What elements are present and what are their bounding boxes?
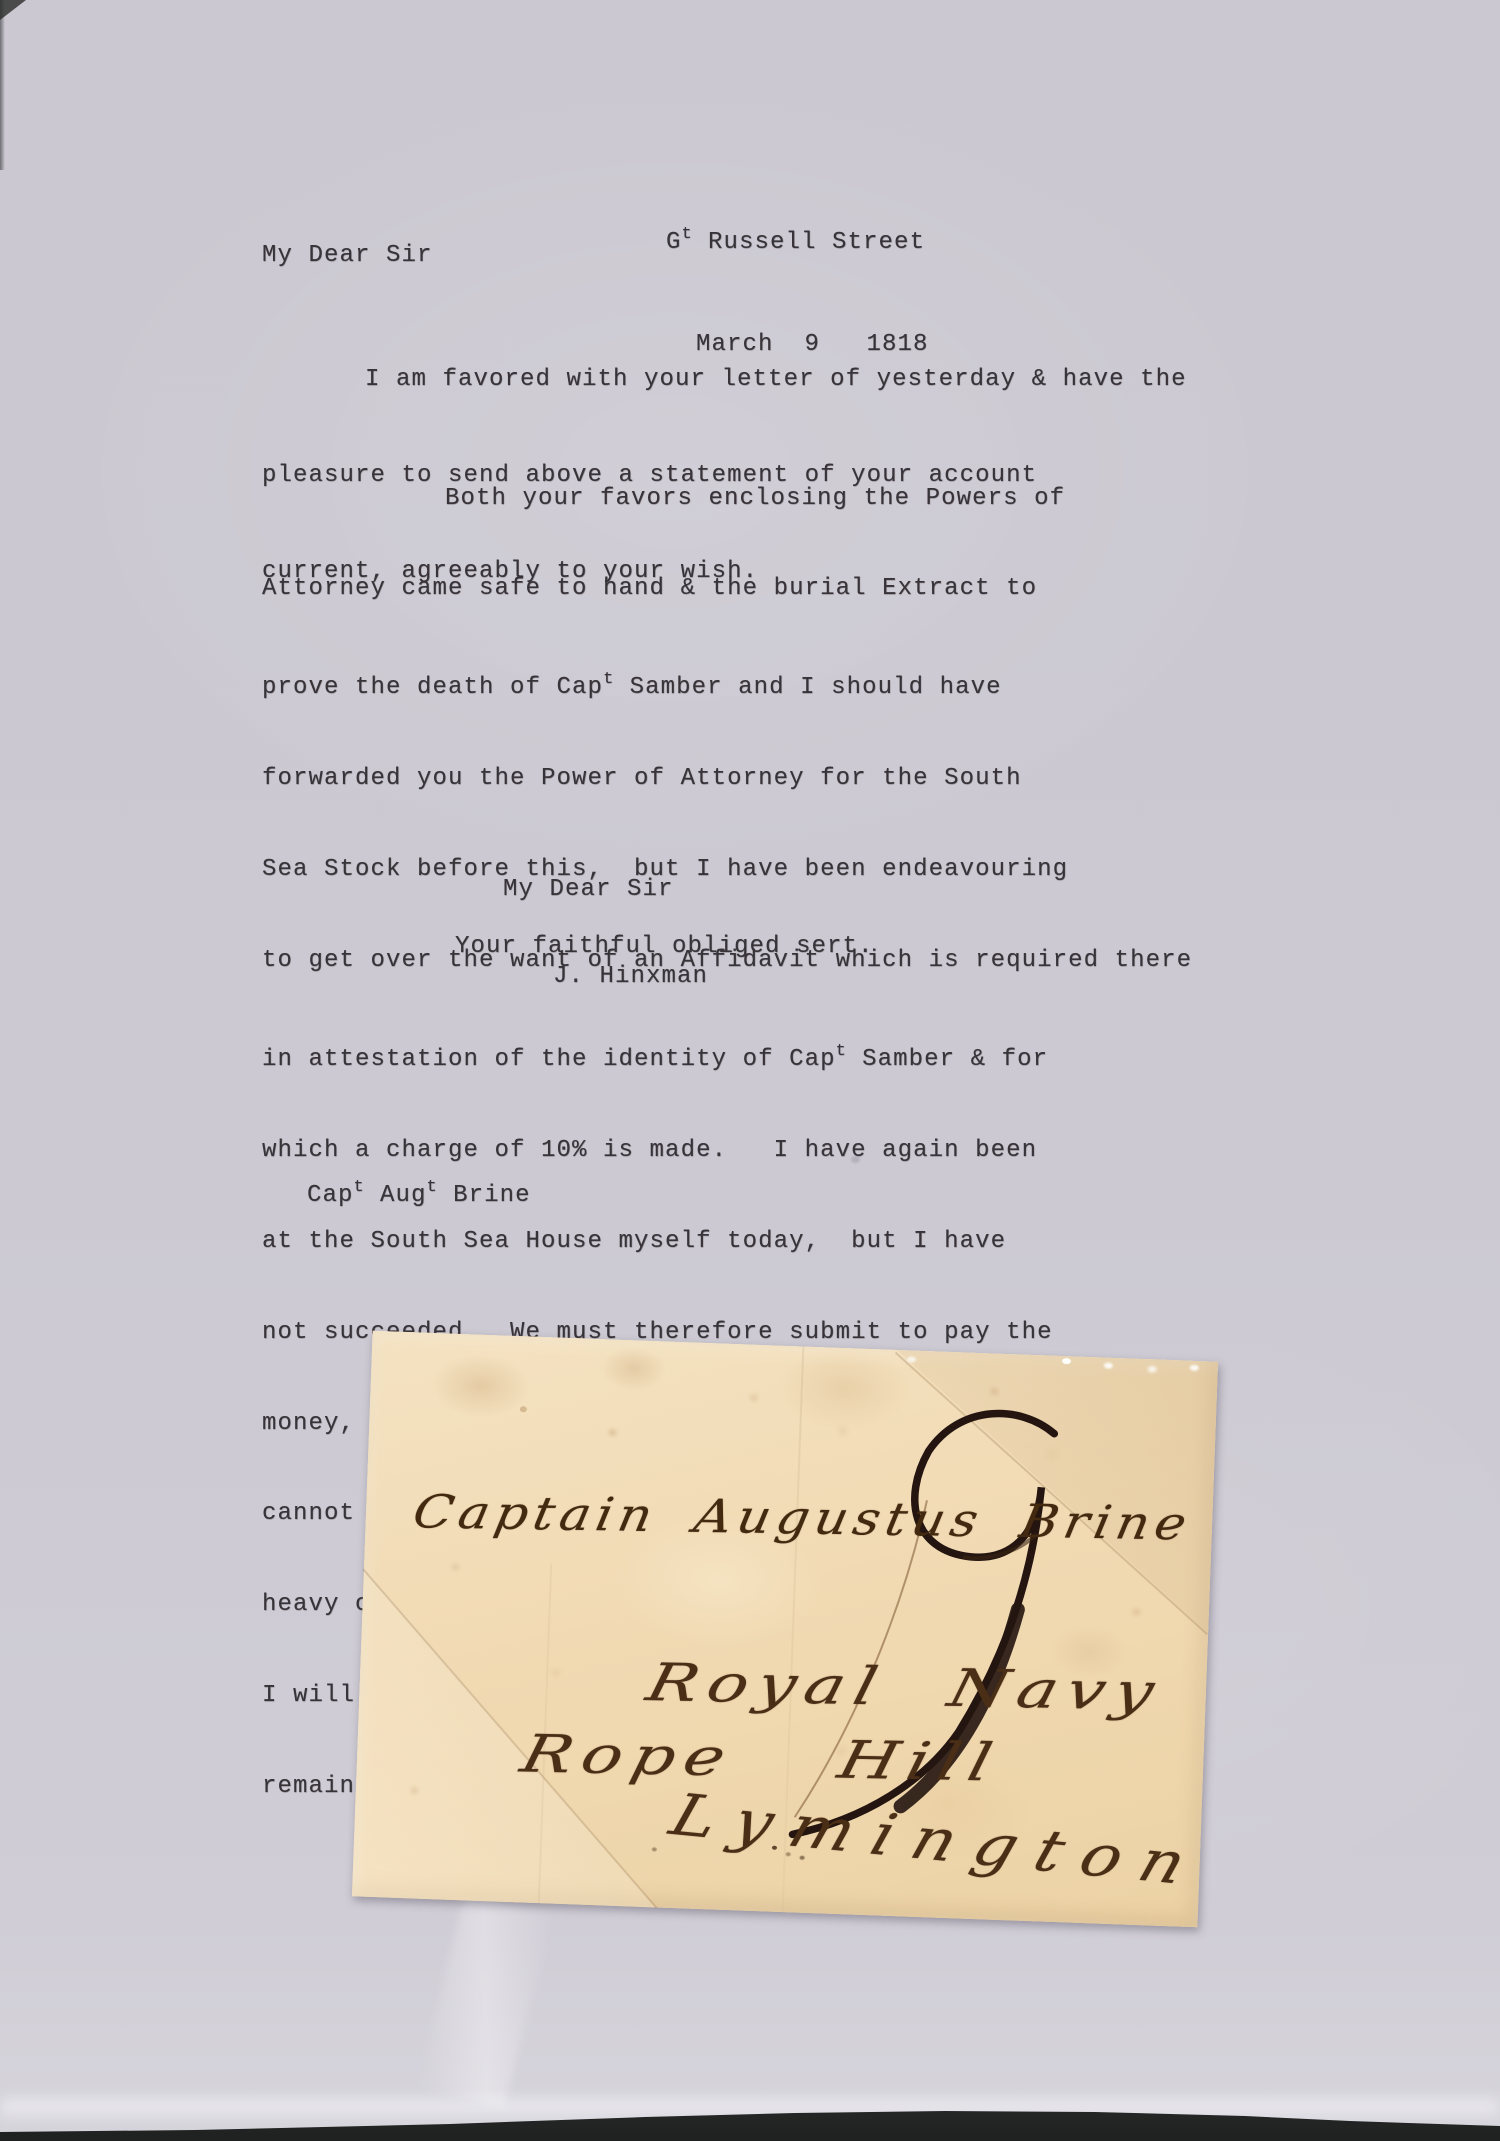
paper-sheen (417, 1892, 553, 2108)
docket-text: Aug (365, 1182, 427, 1209)
body-line: Both your favors enclosing the Powers of (262, 484, 1192, 514)
body-line: Sea Stock before this, but I have been e… (262, 855, 1192, 885)
capt-superscript: t (603, 670, 614, 689)
body-text: prove the death of Cap (262, 674, 603, 701)
body-line: at the South Sea House myself today, but… (262, 1227, 1192, 1257)
docket-superscript: t (427, 1178, 438, 1197)
signature: J. Hinxman (553, 963, 708, 990)
address-line: Gt Russell Street (666, 218, 929, 260)
docket-text: Brine (438, 1182, 531, 1209)
body-text: Samber & for (847, 1046, 1049, 1073)
envelope-address-line-2: Royal Navy (641, 1653, 1169, 1723)
envelope-address-line-3: Rope Hill (515, 1725, 1006, 1794)
body-line: forwarded you the Power of Attorney for … (262, 764, 1192, 794)
body-text: Samber and I should have (614, 674, 1002, 701)
salutation: My Dear Sir (262, 240, 433, 271)
address-rest: Russell Street (693, 229, 926, 256)
address-pre: G (666, 229, 682, 256)
body-line: which a charge of 10% is made. I have ag… (262, 1136, 1192, 1166)
body-text: in attestation of the identity of Cap (262, 1046, 836, 1073)
sheet-bottom-edge-highlight (0, 2098, 1500, 2116)
address-superscript: t (682, 225, 693, 244)
scanned-letter-page: Gt Russell Street March 9 1818 My Dear S… (0, 0, 1500, 2141)
capt-superscript: t (836, 1042, 847, 1061)
closing-salutation: My Dear Sir (503, 876, 674, 903)
docket-superscript: t (354, 1178, 365, 1197)
body-line: in attestation of the identity of Capt S… (262, 1037, 1192, 1075)
envelope: Captain Augustus Brine Royal Navy Rope H… (352, 1331, 1218, 1928)
closing-line: Your faithful obliged sert. (455, 933, 874, 960)
scan-left-edge (0, 0, 5, 170)
docket-text: Cap (307, 1182, 354, 1209)
body-line: prove the death of Capt Samber and I sho… (262, 665, 1192, 703)
body-line: I am favored with your letter of yesterd… (262, 364, 1187, 396)
body-line: Attorney came safe to hand & the burial … (262, 574, 1192, 604)
docket-line: Capt Augt Brine (307, 1178, 531, 1209)
